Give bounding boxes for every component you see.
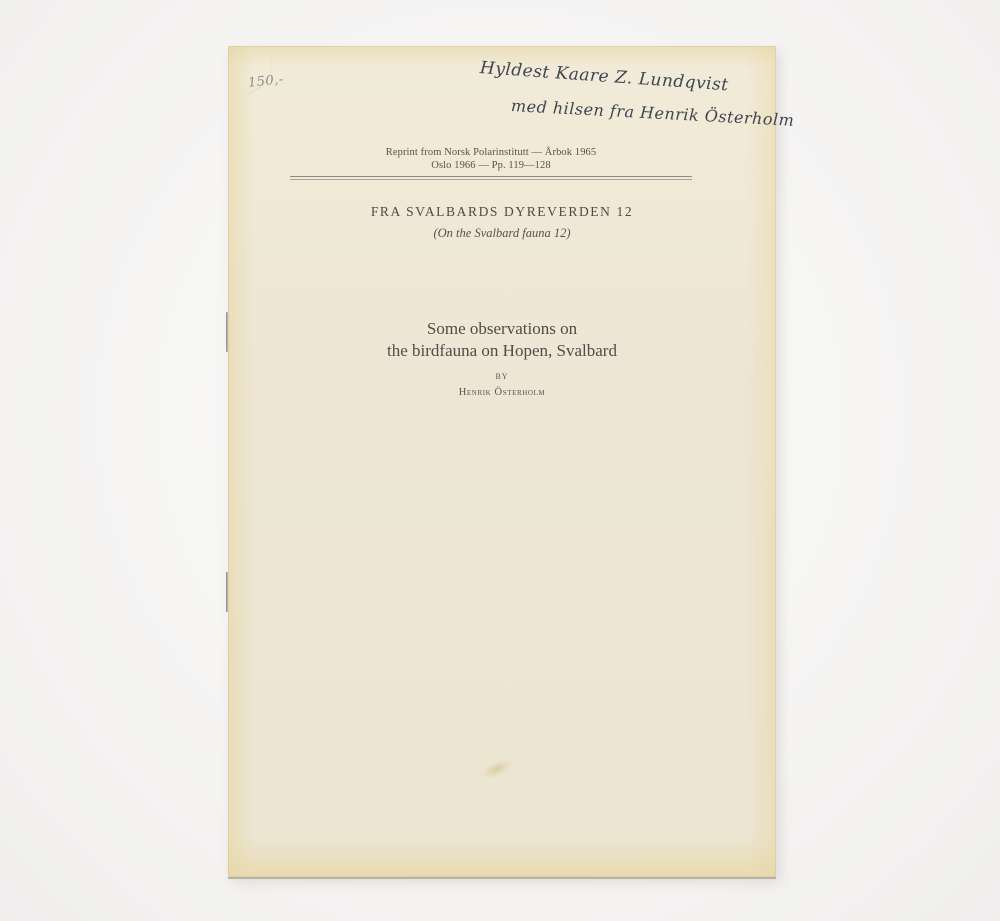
pamphlet-cover: 150,- Hyldest Kaare Z. Lundqvist med hil… <box>228 46 776 877</box>
header-divider <box>290 176 692 180</box>
author-name: Henrik Österholm <box>228 387 776 398</box>
reprint-pages: Oslo 1966 — Pp. 119—128 <box>290 159 692 172</box>
article-title: Some observations on the birdfauna on Ho… <box>228 318 776 362</box>
page-bottom-edge <box>228 877 776 879</box>
staple-bottom <box>226 572 228 612</box>
foxing-stain <box>479 755 516 782</box>
series-subtitle: (On the Svalbard fauna 12) <box>228 226 776 241</box>
article-title-line-2: the birdfauna on Hopen, Svalbard <box>228 340 776 362</box>
inscription-line-2: med hilsen fra Henrik Österholm <box>511 96 795 130</box>
article-title-line-1: Some observations on <box>228 318 776 340</box>
reprint-source: Reprint from Norsk Polarinstitutt — Årbo… <box>290 146 692 159</box>
pencil-price-note: 150,- <box>247 72 284 91</box>
series-title: FRA SVALBARDS DYREVERDEN 12 <box>228 204 776 220</box>
reprint-header: Reprint from Norsk Polarinstitutt — Årbo… <box>290 146 692 180</box>
byline-label: BY <box>228 372 776 381</box>
inscription-line-1: Hyldest Kaare Z. Lundqvist <box>479 58 729 95</box>
